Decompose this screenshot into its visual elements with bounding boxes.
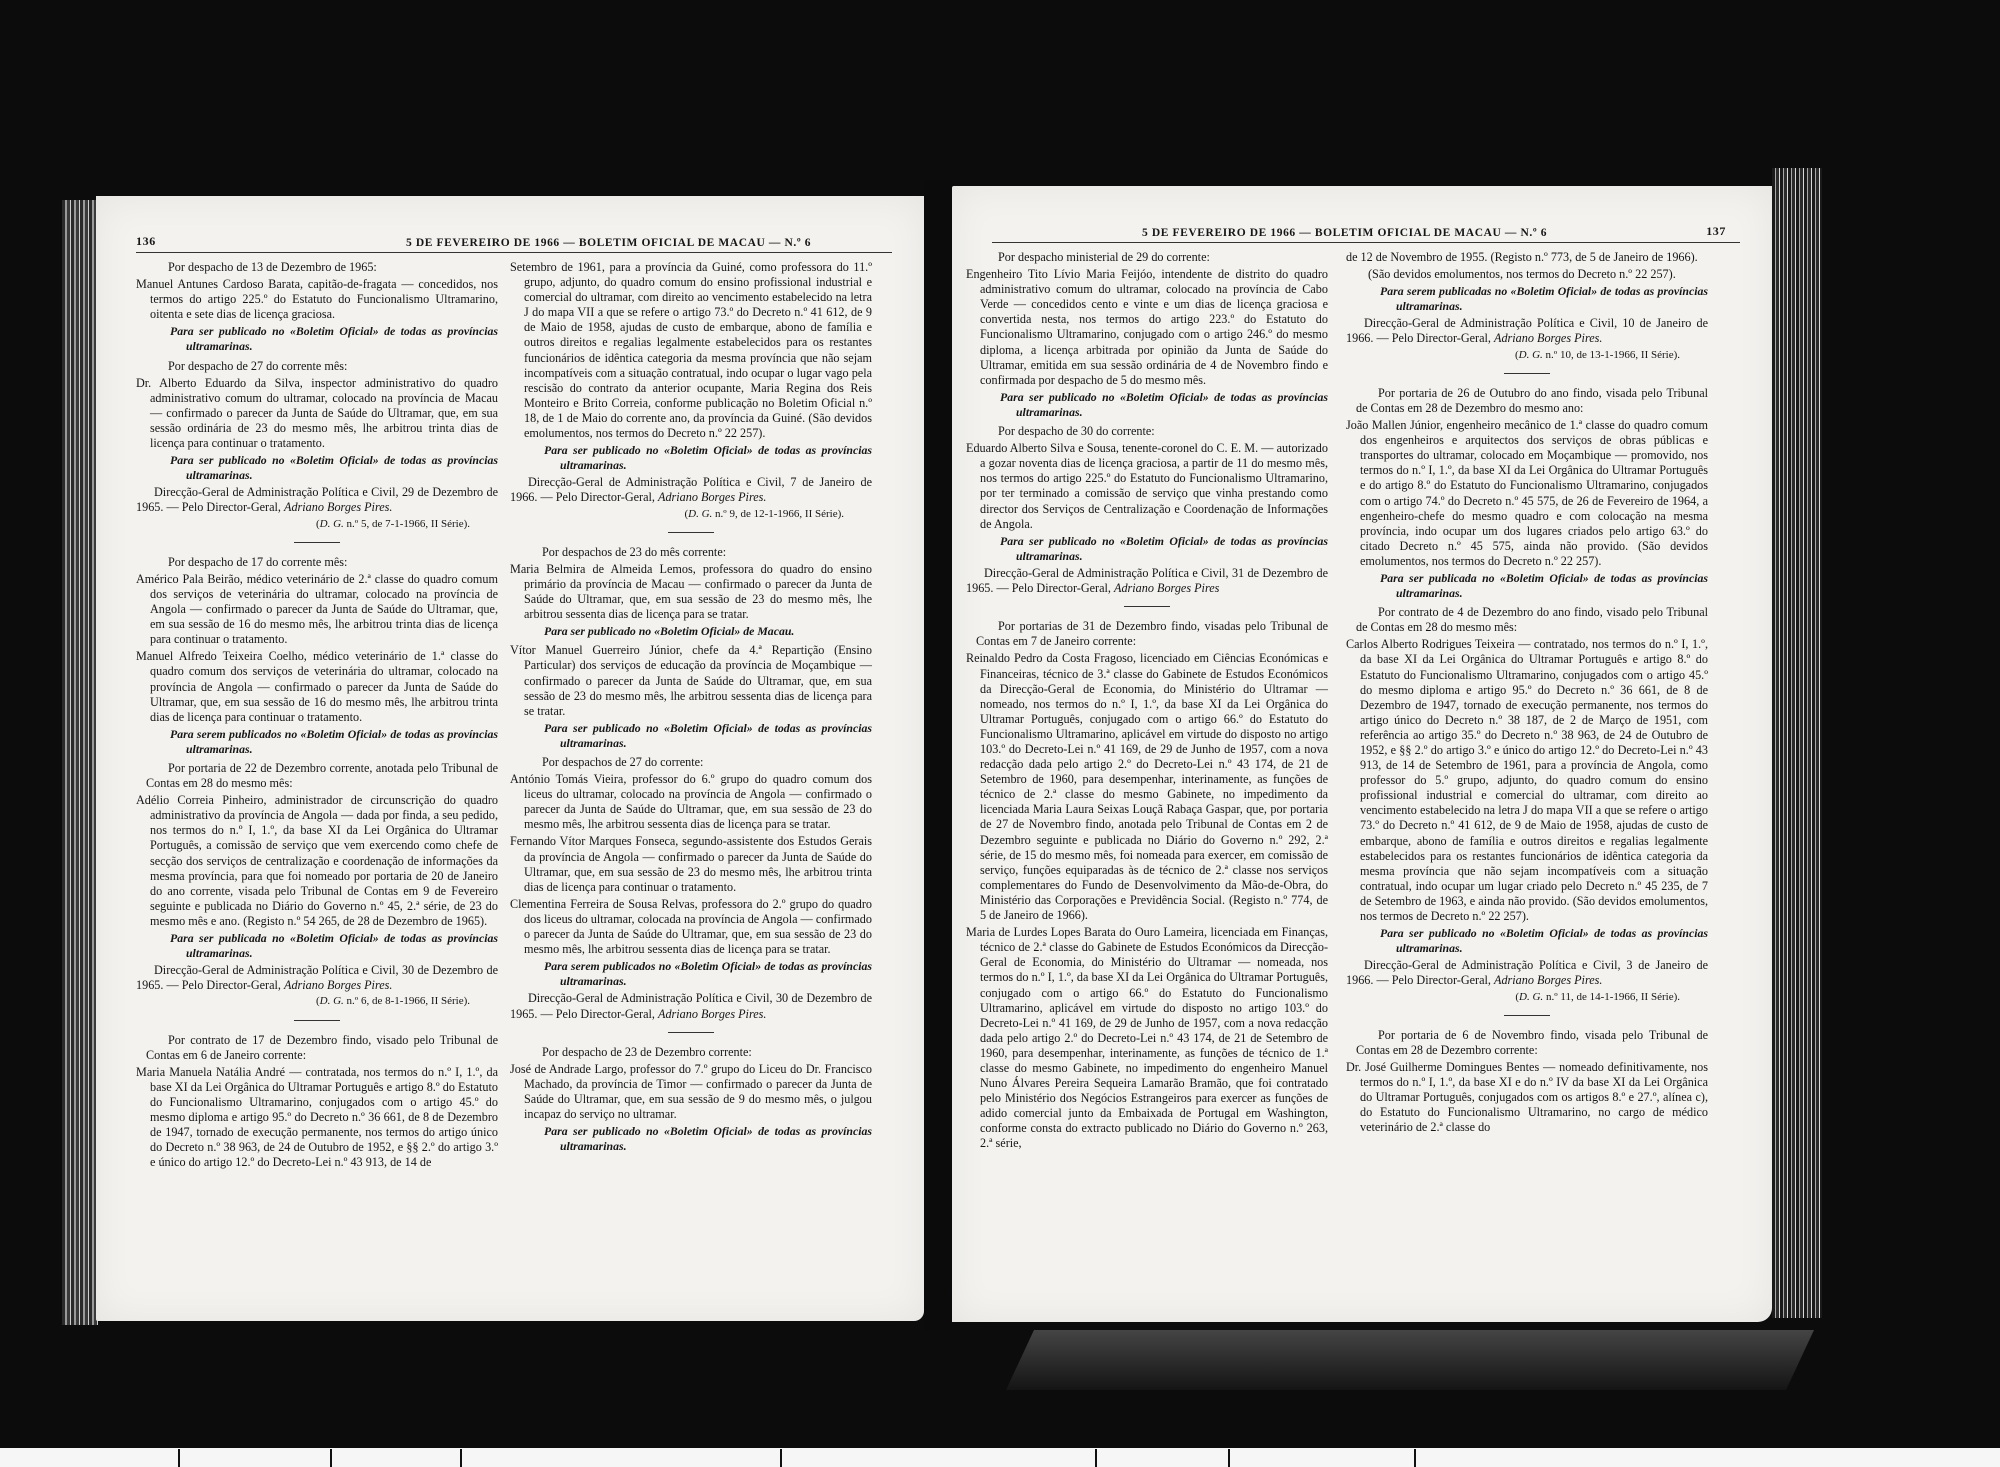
act-entry: Manuel Antunes Cardoso Barata, capitão-d… — [136, 277, 498, 322]
act-entry: Engenheiro Tito Lívio Maria Feijóo, inte… — [966, 267, 1328, 388]
signature-line: Direcção-Geral de Administração Política… — [136, 485, 498, 515]
running-head: 136 5 DE FEVEREIRO DE 1966 — BOLETIM OFI… — [136, 230, 892, 253]
act-section: Por portaria de 22 de Dezembro corrente,… — [136, 761, 498, 1010]
publication-note: Para ser publicado no «Boletim Oficial» … — [1000, 534, 1328, 564]
signature-line: Direcção-Geral de Administração Política… — [510, 991, 872, 1021]
gazette-reference: (D. G. n.º 10, de 13-1-1966, II Série). — [1346, 348, 1708, 363]
act-entry: Reinaldo Pedro da Costa Fragoso, licenci… — [966, 651, 1328, 923]
signer-name: Adriano Borges Pires. — [658, 1007, 766, 1021]
act-heading: Por contrato de 4 de Dezembro do ano fin… — [1356, 605, 1708, 635]
act-section: Por contrato de 17 de Dezembro findo, vi… — [136, 1020, 498, 1171]
act-heading: Por despachos de 23 do mês corrente: — [520, 545, 872, 560]
gazette-reference: (D. G. n.º 5, de 7-1-1966, II Série). — [136, 517, 498, 532]
section-divider — [1504, 1015, 1550, 1016]
running-head: 5 DE FEVEREIRO DE 1966 — BOLETIM OFICIAL… — [992, 220, 1740, 243]
publication-note: Para serem publicados no «Boletim Oficia… — [170, 727, 498, 757]
gazette-ref-text: n.º 11, de 14-1-1966, II Série). — [1546, 991, 1680, 1003]
section-divider — [294, 1020, 340, 1021]
publication-note: Para serem publicados no «Boletim Oficia… — [544, 959, 872, 989]
running-title: 5 DE FEVEREIRO DE 1966 — BOLETIM OFICIAL… — [1142, 227, 1547, 239]
act-section: Por despachos de 27 do corrente:António … — [510, 755, 872, 1022]
right-page-stack-edge — [1772, 168, 1822, 1318]
publication-note: Para ser publicado no «Boletim Oficial» … — [1380, 926, 1708, 956]
right-column-b: de 12 de Novembro de 1955. (Registo n.º … — [1346, 250, 1708, 1139]
act-section: Por despachos de 23 do mês corrente:Mari… — [510, 532, 872, 640]
gazette-abbrev: D. G. — [320, 518, 344, 530]
continued-text: Setembro de 1961, para a província da Gu… — [510, 260, 872, 441]
signature-line: Direcção-Geral de Administração Política… — [1346, 316, 1708, 346]
act-heading: Por despacho de 17 do corrente mês: — [146, 555, 498, 570]
signer-name: Adriano Borges Pires. — [1494, 331, 1602, 345]
gazette-ref-text: n.º 9, de 12-1-1966, II Série). — [715, 508, 844, 520]
act-entry: Adélio Correia Pinheiro, administrador d… — [136, 793, 498, 929]
act-entry: Fernando Vítor Marques Fonseca, segundo-… — [510, 834, 872, 894]
act-heading: Por despacho de 23 de Dezembro corrente: — [520, 1045, 872, 1060]
right-page: 5 DE FEVEREIRO DE 1966 — BOLETIM OFICIAL… — [952, 186, 1772, 1322]
act-section: Por portaria de 26 de Outubro do ano fin… — [1346, 373, 1708, 602]
signer-name: Adriano Borges Pires. — [1494, 973, 1602, 987]
gazette-abbrev: D. G. — [320, 995, 344, 1007]
act-entry: Américo Pala Beirão, médico veterinário … — [136, 572, 498, 647]
act-heading: Por despacho de 30 do corrente: — [976, 424, 1328, 439]
act-heading: Por despacho ministerial de 29 do corren… — [976, 250, 1328, 265]
gazette-abbrev: D. G. — [688, 508, 712, 520]
page-number: 137 — [1706, 224, 1726, 239]
act-section: Setembro de 1961, para a província da Gu… — [510, 260, 872, 522]
signature-line: Direcção-Geral de Administração Política… — [136, 963, 498, 993]
section-divider — [668, 532, 714, 533]
act-entry: Carlos Alberto Rodrigues Teixeira — cont… — [1346, 637, 1708, 924]
act-entry: Manuel Alfredo Teixeira Coelho, médico v… — [136, 649, 498, 724]
gazette-ref-text: n.º 6, de 8-1-1966, II Série). — [347, 995, 470, 1007]
page-shadow — [1006, 1330, 1814, 1390]
act-entry: Clementina Ferreira de Sousa Relvas, pro… — [510, 897, 872, 957]
act-section: Por despacho de 27 do corrente mês:Dr. A… — [136, 359, 498, 532]
act-section: Por portaria de 6 de Novembro findo, vis… — [1346, 1015, 1708, 1136]
publication-note: Para ser publicada no «Boletim Oficial» … — [170, 931, 498, 961]
publication-note: Para ser publicado no «Boletim Oficial» … — [544, 721, 872, 751]
act-entry: José de Andrade Largo, professor do 7.º … — [510, 1062, 872, 1122]
act-section: Por despacho de 23 de Dezembro corrente:… — [510, 1032, 872, 1155]
act-entry: Dr. Alberto Eduardo da Silva, inspector … — [136, 376, 498, 451]
act-section: Vítor Manuel Guerreiro Júnior, chefe da … — [510, 643, 872, 751]
section-divider — [1124, 606, 1170, 607]
act-entry: Maria Belmira de Almeida Lemos, professo… — [510, 562, 872, 622]
act-heading: Por despacho de 13 de Dezembro de 1965: — [146, 260, 498, 275]
gazette-reference: (D. G. n.º 11, de 14-1-1966, II Série). — [1346, 990, 1708, 1005]
gazette-abbrev: D. G. — [1519, 349, 1543, 361]
left-page: 136 5 DE FEVEREIRO DE 1966 — BOLETIM OFI… — [96, 196, 924, 1321]
gazette-reference: (D. G. n.º 6, de 8-1-1966, II Série). — [136, 994, 498, 1009]
gazette-abbrev: D. G. — [1519, 991, 1543, 1003]
act-entry: João Mallen Júnior, engenheiro mecânico … — [1346, 418, 1708, 569]
act-entry: António Tomás Vieira, professor do 6.º g… — [510, 772, 872, 832]
section-divider — [1504, 373, 1550, 374]
act-section: Por despacho de 17 do corrente mês:Améri… — [136, 542, 498, 757]
gazette-ref-text: n.º 5, de 7-1-1966, II Série). — [347, 518, 470, 530]
signer-name: Adriano Borges Pires — [1114, 581, 1219, 595]
publication-note: Para ser publicado no «Boletim Oficial» … — [1000, 390, 1328, 420]
act-heading: Por portarias de 31 de Dezembro findo, v… — [976, 619, 1328, 649]
act-heading: Por portaria de 26 de Outubro do ano fin… — [1356, 386, 1708, 416]
act-section: Por contrato de 4 de Dezembro do ano fin… — [1346, 605, 1708, 1004]
act-section: Por despacho de 30 do corrente:Eduardo A… — [966, 424, 1328, 596]
book-gutter — [924, 180, 952, 1330]
left-page-stack-edge — [62, 200, 98, 1325]
scan-ruler-strip — [0, 1448, 2000, 1467]
signature-line: Direcção-Geral de Administração Política… — [1346, 958, 1708, 988]
continued-text: de 12 de Novembro de 1955. (Registo n.º … — [1346, 250, 1708, 265]
running-title: 5 DE FEVEREIRO DE 1966 — BOLETIM OFICIAL… — [406, 237, 811, 249]
act-entry: Vítor Manuel Guerreiro Júnior, chefe da … — [510, 643, 872, 718]
act-heading: Por portaria de 6 de Novembro findo, vis… — [1356, 1028, 1708, 1058]
act-section: Por despacho de 13 de Dezembro de 1965:M… — [136, 260, 498, 355]
gazette-ref-text: n.º 10, de 13-1-1966, II Série). — [1546, 349, 1680, 361]
act-heading: Por portaria de 22 de Dezembro corrente,… — [146, 761, 498, 791]
publication-note: Para serem publicadas no «Boletim Oficia… — [1380, 284, 1708, 314]
publication-note: Para ser publicado no «Boletim Oficial» … — [544, 443, 872, 473]
publication-note: Para ser publicado no «Boletim Oficial» … — [170, 324, 498, 354]
act-entry: Maria de Lurdes Lopes Barata do Ouro Lam… — [966, 925, 1328, 1151]
right-column-a: Por despacho ministerial de 29 do corren… — [966, 250, 1328, 1156]
act-section: de 12 de Novembro de 1955. (Registo n.º … — [1346, 250, 1708, 363]
act-entry: Eduardo Alberto Silva e Sousa, tenente-c… — [966, 441, 1328, 532]
signer-name: Adriano Borges Pires. — [284, 978, 392, 992]
act-heading: Por contrato de 17 de Dezembro findo, vi… — [146, 1033, 498, 1063]
act-heading: Por despachos de 27 do corrente: — [520, 755, 872, 770]
publication-note: Para ser publicado no «Boletim Oficial» … — [170, 453, 498, 483]
signature-line: Direcção-Geral de Administração Política… — [966, 566, 1328, 596]
left-column-a: Por despacho de 13 de Dezembro de 1965:M… — [136, 260, 498, 1175]
act-heading: Por despacho de 27 do corrente mês: — [146, 359, 498, 374]
signature-line: Direcção-Geral de Administração Política… — [510, 475, 872, 505]
section-divider — [668, 1032, 714, 1033]
act-entry: Dr. José Guilherme Domingues Bentes — no… — [1346, 1060, 1708, 1135]
publication-note: Para ser publicado no «Boletim Oficial» … — [544, 1124, 872, 1154]
signer-name: Adriano Borges Pires. — [284, 500, 392, 514]
page-number: 136 — [136, 234, 156, 249]
gazette-reference: (D. G. n.º 9, de 12-1-1966, II Série). — [510, 507, 872, 522]
emoluments-note: (São devidos emolumentos, nos termos do … — [1368, 267, 1708, 282]
act-section: Por despacho ministerial de 29 do corren… — [966, 250, 1328, 420]
publication-note: Para ser publicado no «Boletim Oficial» … — [544, 624, 872, 639]
signer-name: Adriano Borges Pires. — [658, 490, 766, 504]
left-column-b: Setembro de 1961, para a província da Gu… — [510, 260, 872, 1158]
publication-note: Para ser publicada no «Boletim Oficial» … — [1380, 571, 1708, 601]
act-section: Por portarias de 31 de Dezembro findo, v… — [966, 606, 1328, 1151]
act-entry: Maria Manuela Natália André — contratada… — [136, 1065, 498, 1171]
section-divider — [294, 542, 340, 543]
